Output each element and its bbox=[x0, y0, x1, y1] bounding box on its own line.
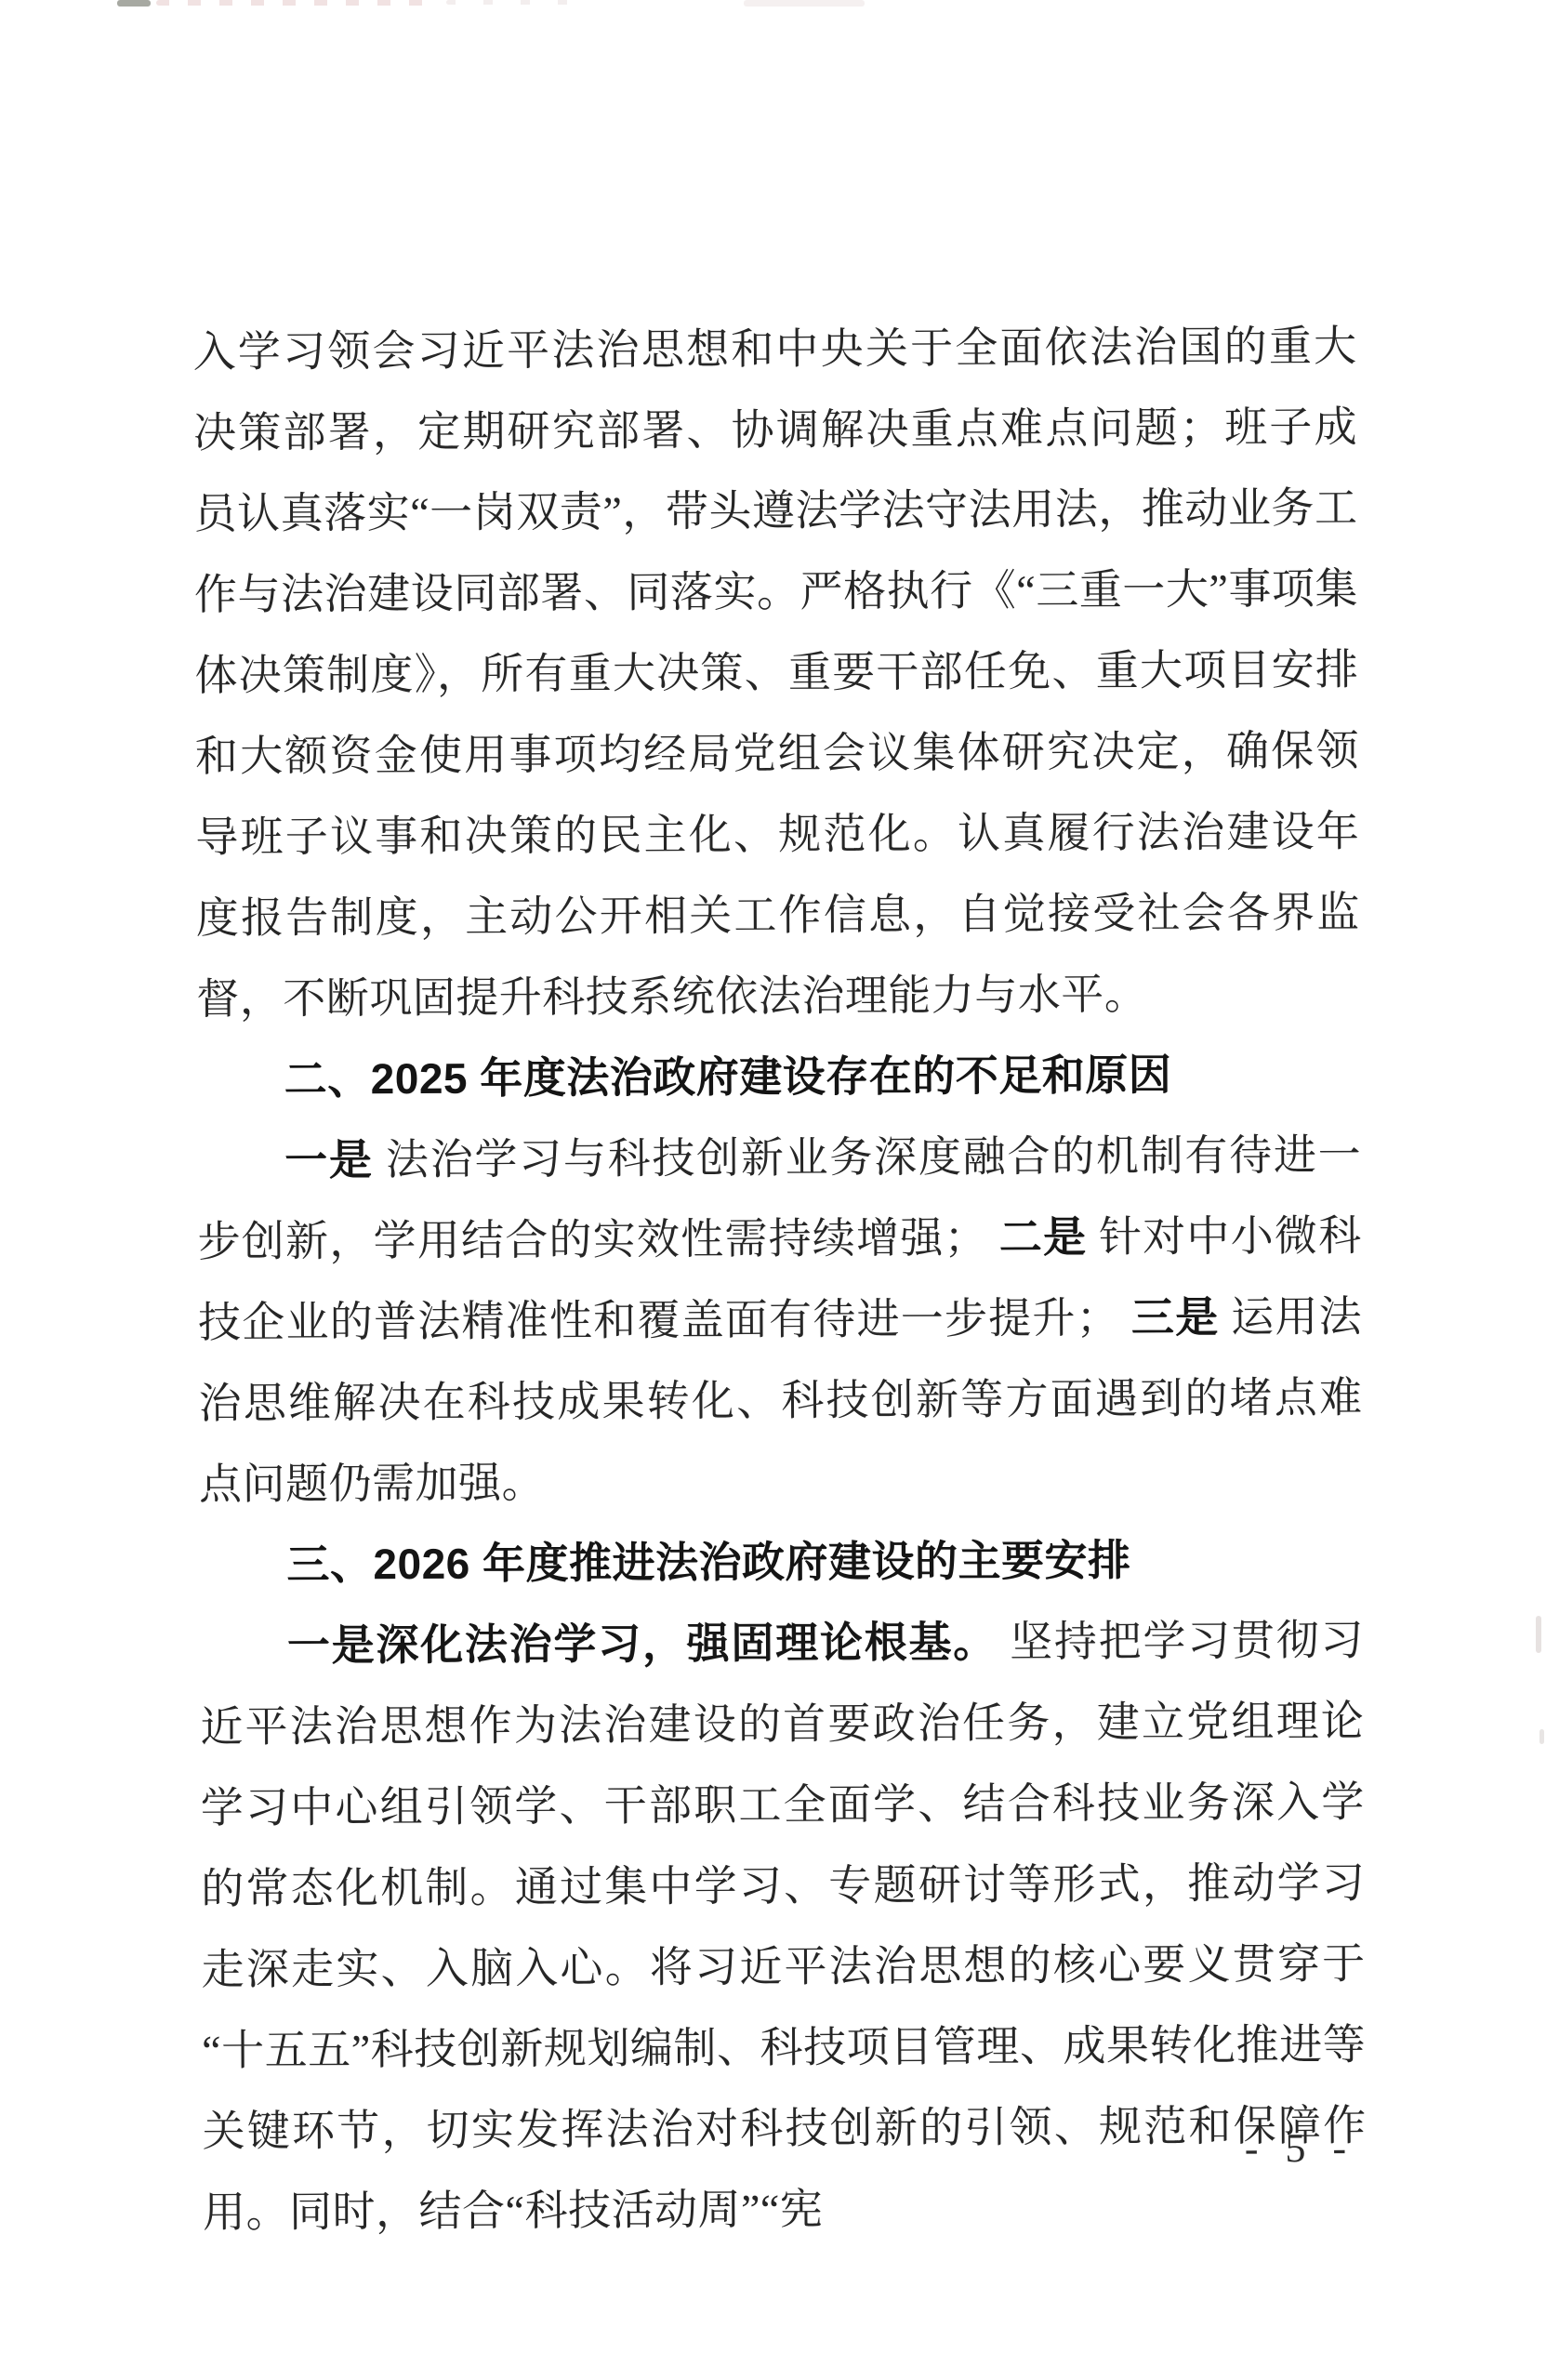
paragraph-continuation: 入学习领会习近平法治思想和中央关于全面依法治国的重大决策部署，定期研究部署、协调… bbox=[192, 306, 1360, 1040]
paragraph-text: 入学习领会习近平法治思想和中央关于全面依法治国的重大决策部署，定期研究部署、协调… bbox=[192, 323, 1359, 1024]
document-body: 入学习领会习近平法治思想和中央关于全面依法治国的重大决策部署，定期研究部署、协调… bbox=[192, 306, 1367, 2254]
scan-content-layer: 入学习领会习近平法治思想和中央关于全面依法治国的重大决策部署，定期研究部署、协调… bbox=[0, 0, 1546, 2380]
lead-in-third: 三是 bbox=[1131, 1292, 1220, 1341]
section-heading-2: 二、2025 年度法治政府建设存在的不足和原因 bbox=[196, 1034, 1360, 1121]
paragraph-text: 坚持把学习贯彻习近平法治思想作为法治建设的首要政治任务，建立党组理论学习中心组引… bbox=[200, 1617, 1367, 2237]
paragraph-shortcomings: 一是 法治学习与科技创新业务深度融合的机制有待进一步创新，学用结合的实效性需持续… bbox=[197, 1115, 1363, 1526]
scanned-document-page: 入学习领会习近平法治思想和中央关于全面依法治国的重大决策部署，定期研究部署、协调… bbox=[0, 0, 1546, 2380]
lead-in-second: 二是 bbox=[999, 1212, 1088, 1261]
lead-in-measure-one: 一是深化法治学习，强固理论根基。 bbox=[287, 1618, 998, 1670]
section-heading-text: 二、2025 年度法治政府建设存在的不足和原因 bbox=[284, 1051, 1172, 1104]
page-number: - 5 - bbox=[1245, 2124, 1355, 2173]
section-heading-3: 三、2026 年度推进法治政府建设的主要安排 bbox=[199, 1519, 1363, 1606]
page-number-text: - 5 - bbox=[1245, 2125, 1355, 2172]
section-heading-text: 三、2026 年度推进法治政府建设的主要安排 bbox=[286, 1536, 1130, 1589]
lead-in-first: 一是 bbox=[284, 1135, 374, 1183]
paragraph-plans: 一是深化法治学习，强固理论根基。 坚持把学习贯彻习近平法治思想作为法治建设的首要… bbox=[200, 1600, 1368, 2254]
